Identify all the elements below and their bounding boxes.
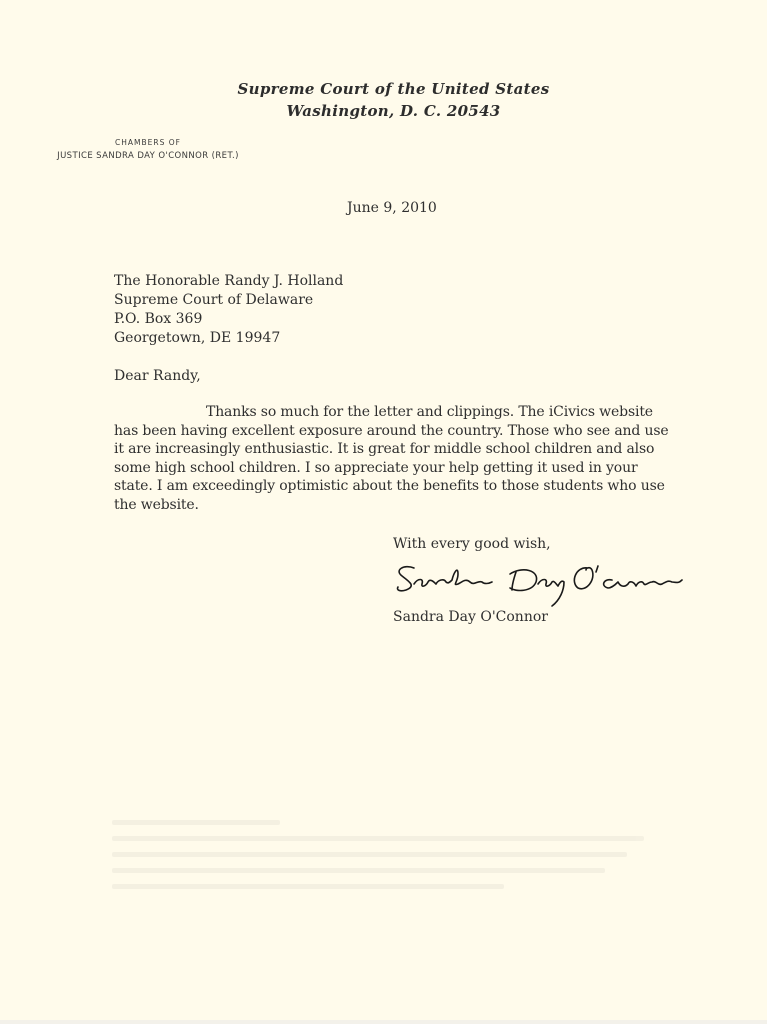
letter-body: Thanks so much for the letter and clippi…: [114, 403, 674, 515]
salutation: Dear Randy,: [114, 368, 201, 384]
reverse-side-bleed-through: [112, 820, 672, 910]
chambers-justice: JUSTICE SANDRA DAY O'CONNOR (RET.): [48, 151, 248, 161]
letterhead-court: Supreme Court of the United States: [20, 80, 767, 98]
chambers-label: CHAMBERS OF: [48, 138, 248, 147]
letter-date: June 9, 2010: [347, 200, 437, 216]
signer-name: Sandra Day O'Connor: [393, 609, 548, 625]
recipient-name: The Honorable Randy J. Holland: [114, 272, 343, 291]
recipient-address: The Honorable Randy J. Holland Supreme C…: [114, 272, 343, 348]
closing: With every good wish,: [393, 536, 551, 552]
recipient-city: Georgetown, DE 19947: [114, 329, 343, 348]
recipient-box: P.O. Box 369: [114, 310, 343, 329]
letter-page: Supreme Court of the United States Washi…: [0, 0, 767, 1024]
page-edge: [0, 1020, 767, 1024]
handwritten-signature-icon: [392, 560, 712, 612]
chambers-block: CHAMBERS OF JUSTICE SANDRA DAY O'CONNOR …: [48, 138, 248, 161]
letterhead-address: Washington, D. C. 20543: [20, 102, 767, 120]
recipient-org: Supreme Court of Delaware: [114, 291, 343, 310]
letterhead: Supreme Court of the United States Washi…: [0, 80, 767, 120]
